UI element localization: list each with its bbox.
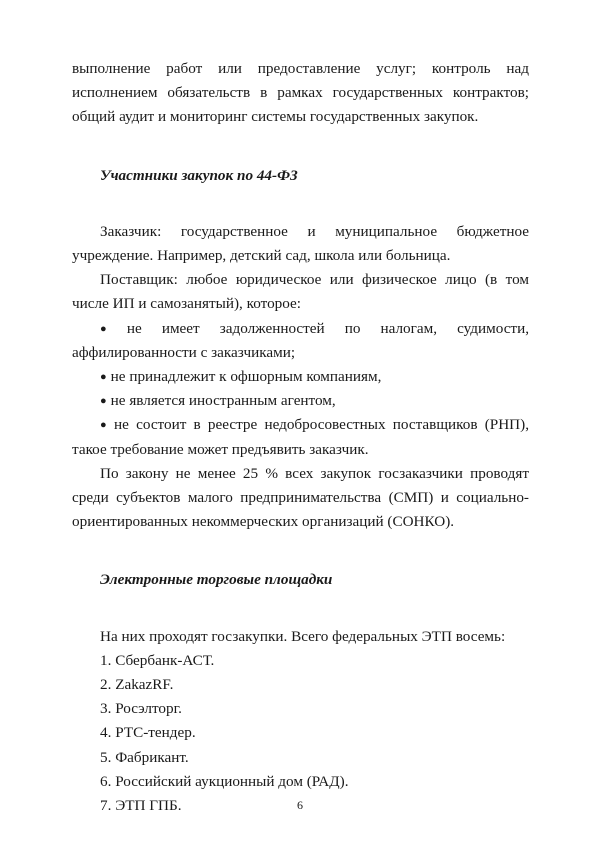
spacer (72, 130, 529, 154)
requirement-text: не является иностранным агентом, (111, 392, 336, 409)
platform-item: 5. Фабрикант. (72, 746, 529, 770)
document-page: выполнение работ или предоставление услу… (72, 57, 529, 818)
requirement-item: ●не состоит в реестре недобросовестных п… (72, 413, 529, 461)
bullet-icon: ● (100, 323, 123, 335)
spacer (72, 593, 529, 617)
platform-item: 3. Росэлторг. (72, 697, 529, 721)
bullet-icon: ● (100, 419, 110, 431)
platforms-intro: На них проходят госзакупки. Всего федера… (72, 625, 529, 649)
section-heading-platforms: Электронные торговые площадки (72, 568, 529, 592)
platform-item: 2. ZakazRF. (72, 673, 529, 697)
smp-paragraph: По закону не менее 25 % всех закупок гос… (72, 462, 529, 535)
supplier-paragraph: Поставщик: любое юридическое или физичес… (72, 268, 529, 316)
platform-item: 1. Сбербанк-АСТ. (72, 649, 529, 673)
requirement-text: не состоит в реестре недобросовестных по… (72, 416, 529, 457)
requirement-text: не принадлежит к офшорным компаниям, (111, 368, 382, 385)
bullet-icon: ● (100, 395, 107, 407)
spacer (72, 188, 529, 212)
spacer (72, 534, 529, 558)
platform-item: 6. Российский аукционный дом (РАД). (72, 770, 529, 794)
requirement-item: ●не имеет задолженностей по налогам, суд… (72, 317, 529, 365)
intro-paragraph: выполнение работ или предоставление услу… (72, 57, 529, 130)
section-heading-participants: Участники закупок по 44-ФЗ (72, 164, 529, 188)
bullet-icon: ● (100, 371, 107, 383)
platforms-list: 1. Сбербанк-АСТ. 2. ZakazRF. 3. Росэлтор… (72, 649, 529, 818)
page-number: 6 (0, 798, 600, 813)
requirement-text: не имеет задолженностей по налогам, суди… (72, 320, 529, 361)
requirement-item: ●не принадлежит к офшорным компаниям, (72, 365, 529, 389)
platform-item: 4. РТС-тендер. (72, 721, 529, 745)
requirements-list: ●не имеет задолженностей по налогам, суд… (72, 317, 529, 462)
customer-paragraph: Заказчик: государственное и муниципально… (72, 220, 529, 268)
requirement-item: ●не является иностранным агентом, (72, 389, 529, 413)
